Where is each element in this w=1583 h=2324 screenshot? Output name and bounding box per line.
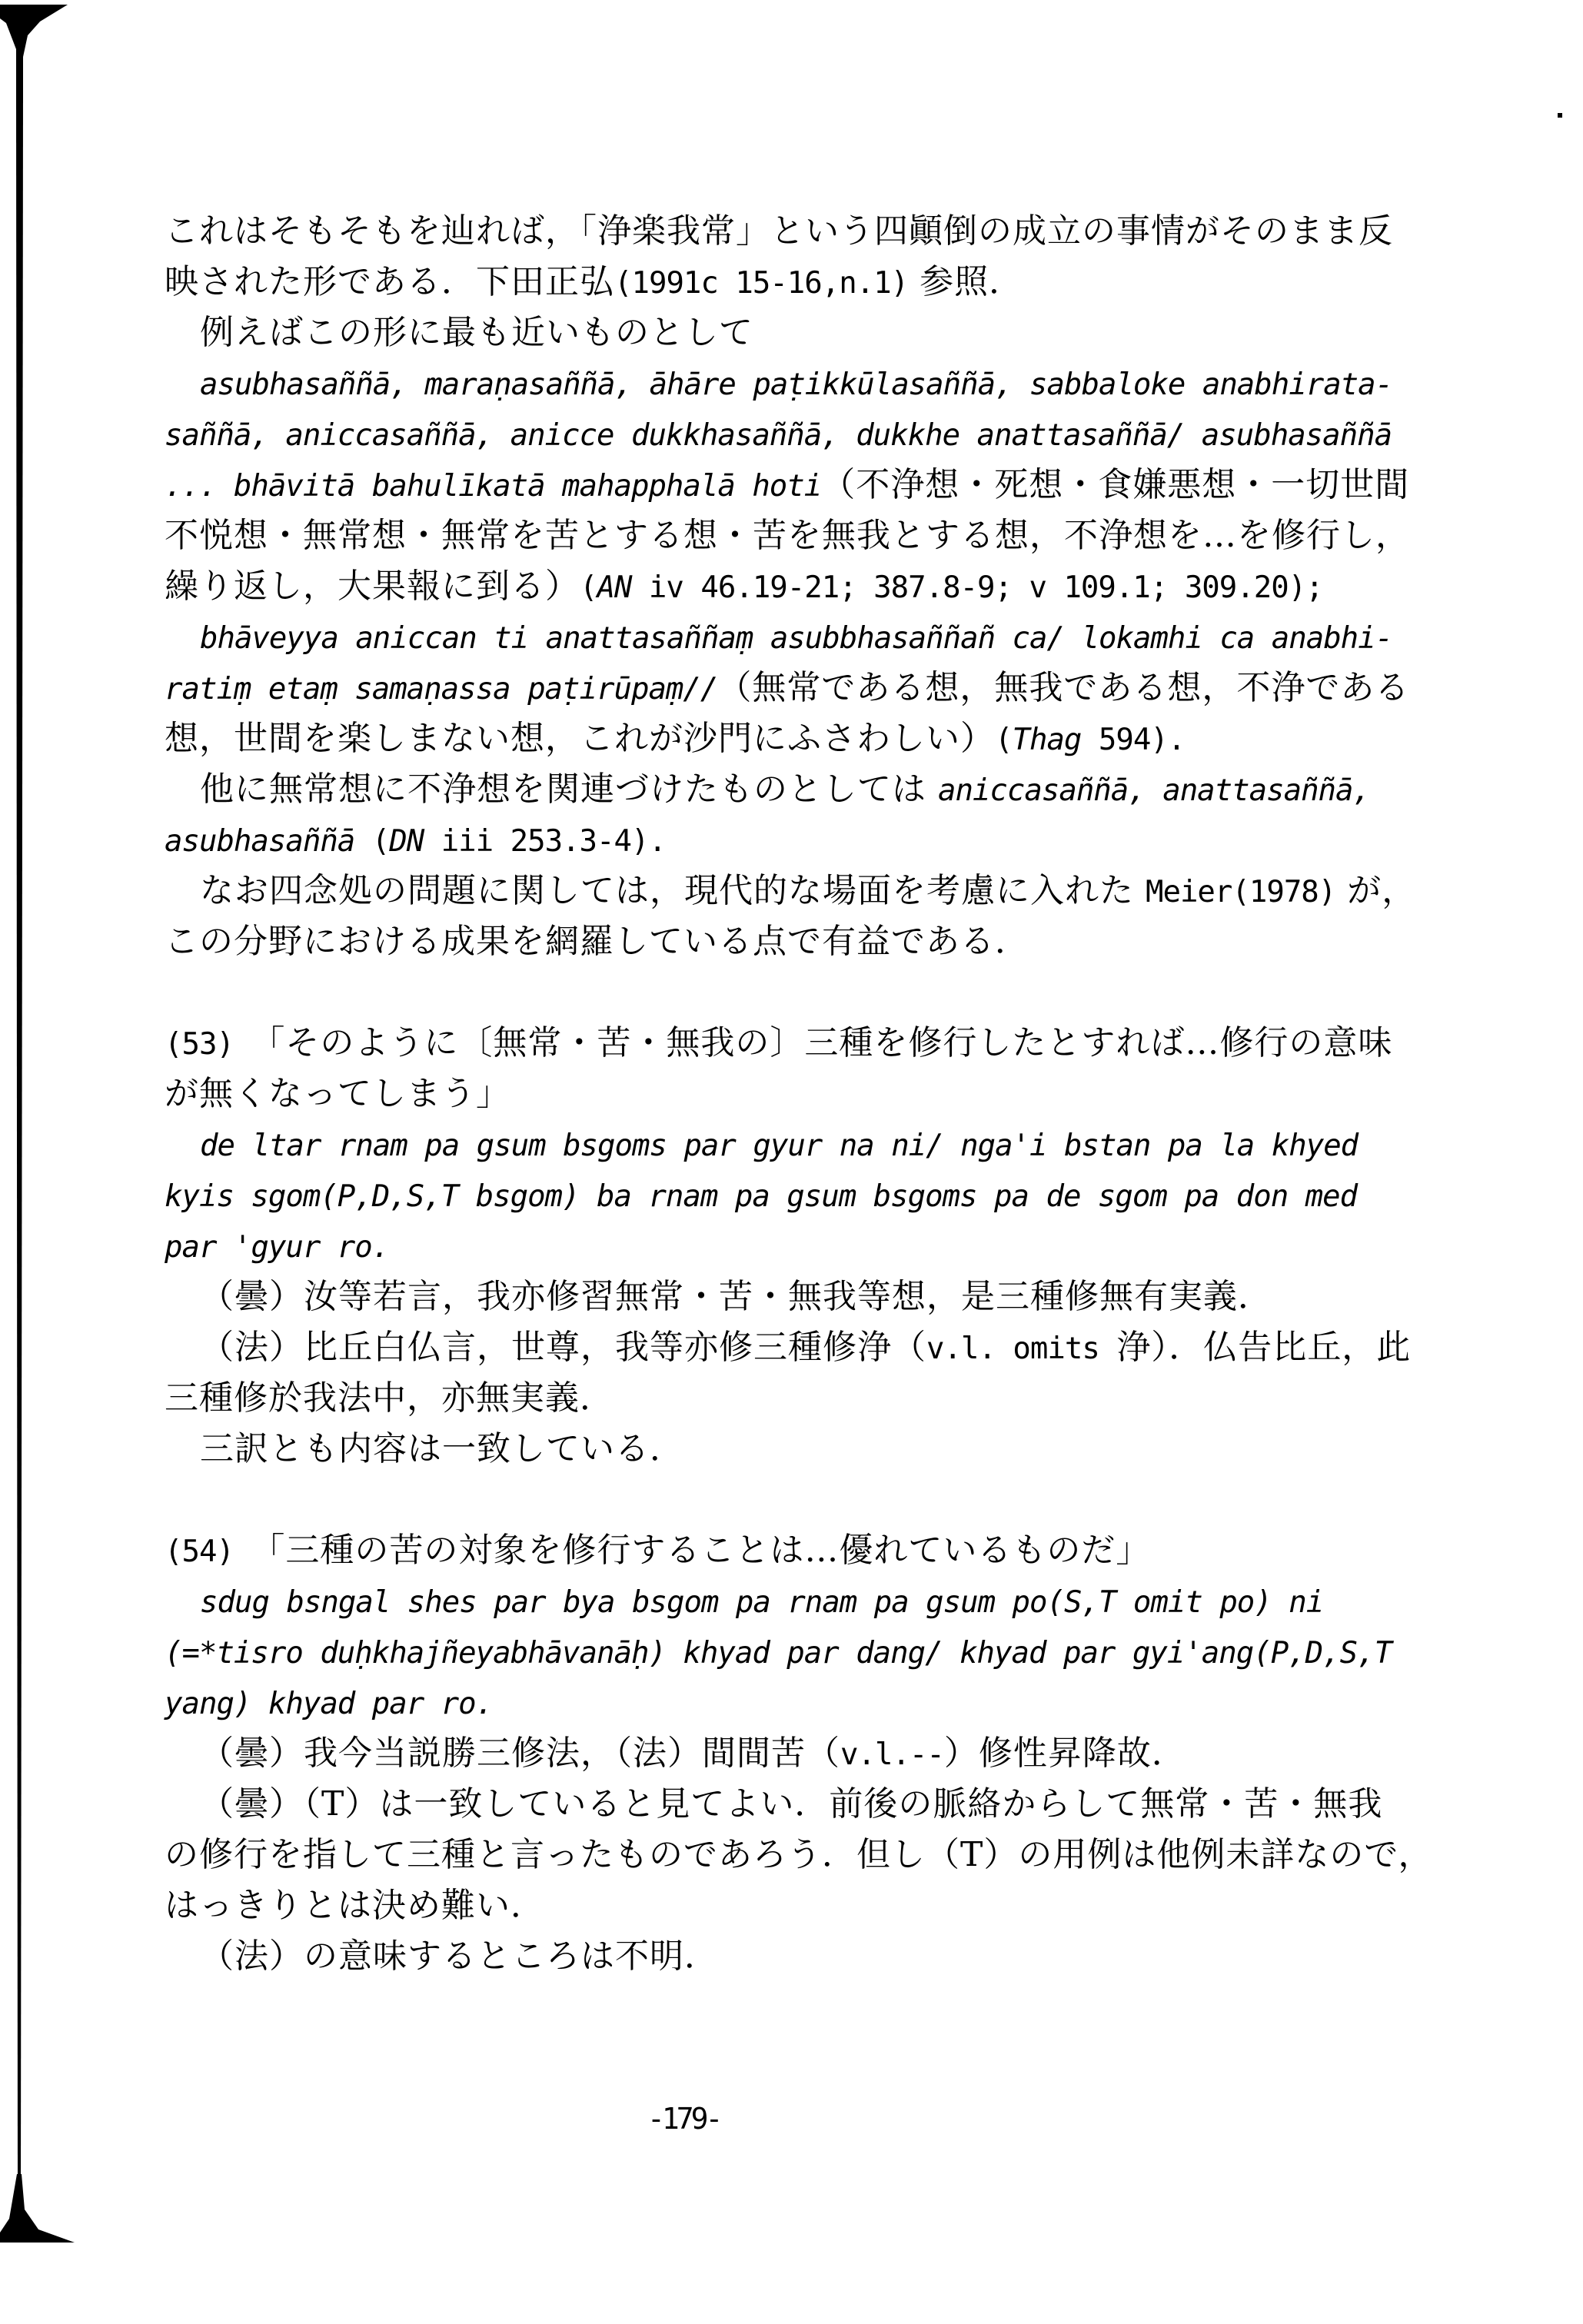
text-run: 想，世間を楽しまない想，これが沙門にふさわしい）	[165, 719, 995, 758]
text-run: ratiṃ etaṃ samaṇassa paṭirūpaṃ//	[165, 672, 717, 707]
text-run: (	[995, 723, 1012, 757]
text-line: kyis sgom(P,D,S,T bsgom) ba rnam pa gsum…	[165, 1170, 1472, 1221]
scan-artifact-left-edge	[0, 0, 92, 2324]
section-item-53: (53) 「そのように〔無常・苦・無我の〕三種を修行したとすれば…修行の意味が無…	[165, 1018, 1472, 1475]
text-run: 不悦想・無常想・無常を苦とする想・苦を無我とする想，不浄想を…を修行し，	[165, 516, 1410, 555]
text-run: (	[580, 570, 597, 605]
text-line: 不悦想・無常想・無常を苦とする想・苦を無我とする想，不浄想を…を修行し，	[165, 510, 1472, 561]
text-run: 繰り返し，大果報に到る）	[165, 567, 580, 606]
text-run: （無常である想，無我である想，不浄である	[717, 668, 1409, 707]
text-run: saññā, aniccasaññā, anicce dukkhasaññā, …	[165, 418, 1392, 453]
text-run: （曇）我今当説勝三修法，（法）間間苦（	[200, 1734, 840, 1773]
text-run: （法）比丘白仏言，世尊，我等亦修三種修浄（	[200, 1328, 926, 1367]
text-run: 「そのように〔無常・苦・無我の〕三種を修行したとすれば…修行の意味	[251, 1023, 1392, 1062]
text-run: v.l. omits	[926, 1332, 1116, 1366]
text-line: なお四念処の問題に関しては，現代的な場面を考慮に入れた Meier(1978) …	[165, 866, 1472, 916]
text-line: この分野における成果を網羅している点で有益である．	[165, 916, 1472, 967]
text-run: iv 46.19-21; 387.8-9; v 109.1; 309.20);	[631, 570, 1322, 605]
text-run: yang) khyad par ro.	[165, 1687, 493, 1721]
text-run: 三訳とも内容は一致している．	[200, 1429, 684, 1468]
text-run: 594).	[1081, 723, 1185, 757]
text-run: aniccasaññā, anattasaññā,	[938, 773, 1370, 808]
text-run: (53)	[165, 1027, 251, 1062]
text-line: sdug bsngal shes par bya bsgom pa rnam p…	[165, 1576, 1472, 1627]
text-run: 参照．	[908, 262, 1023, 301]
text-line: ... bhāvitā bahulīkatā mahapphalā hoti（不…	[165, 460, 1472, 510]
text-line: yang) khyad par ro.	[165, 1677, 1472, 1728]
text-block: これはそもそもを辿れば，「浄楽我常」という四顚倒の成立の事情がそのまま反映された…	[165, 206, 1472, 1982]
text-line: （曇）我今当説勝三修法，（法）間間苦（v.l.--）修性昇降故．	[165, 1728, 1472, 1779]
text-run: DN	[389, 824, 424, 859]
text-run: 映された形である．下田正弘	[165, 262, 614, 301]
text-line: asubhasaññā (DN iii 253.3-4).	[165, 815, 1472, 866]
text-run: が，	[1335, 871, 1416, 910]
text-run: asubhasaññā, maraṇasaññā, āhāre paṭikkūl…	[200, 367, 1392, 402]
text-line: （法）比丘白仏言，世尊，我等亦修三種修浄（v.l. omits 浄）．仏告比丘，…	[165, 1322, 1472, 1373]
text-run: Meier(1978)	[1146, 875, 1335, 909]
text-run: bhāveyya aniccan ti anattasaññaṃ asubbha…	[200, 621, 1392, 656]
text-run: v.l.--	[840, 1737, 944, 1772]
scan-speck	[1558, 113, 1562, 118]
scanned-page: これはそもそもを辿れば，「浄楽我常」という四顚倒の成立の事情がそのまま反映された…	[0, 0, 1583, 2324]
text-line: 繰り返し，大果報に到る）(AN iv 46.19-21; 387.8-9; v …	[165, 561, 1472, 612]
text-line: 三種修於我法中，亦無実義．	[165, 1373, 1472, 1424]
text-line: 三訳とも内容は一致している．	[165, 1424, 1472, 1475]
text-line: の修行を指して三種と言ったものであろう．但し（T）の用例は他例未詳なので，	[165, 1830, 1472, 1880]
text-run: 三種修於我法中，亦無実義．	[165, 1378, 614, 1418]
text-run: (=*tisro duḥkhajñeyabhāvanāḥ) khyad par …	[165, 1636, 1392, 1671]
text-line: (53) 「そのように〔無常・苦・無我の〕三種を修行したとすれば…修行の意味	[165, 1018, 1472, 1069]
text-run: （曇）汝等若言，我亦修習無常・苦・無我等想，是三種修無有実義．	[200, 1277, 1272, 1316]
text-line: はっきりとは決め難い．	[165, 1880, 1472, 1931]
text-run: 浄）．仏告比丘，此	[1116, 1328, 1411, 1367]
text-run: これはそもそもを辿れば，「浄楽我常」という四顚倒の成立の事情がそのまま反	[165, 211, 1393, 251]
text-run: de ltar rnam pa gsum bsgoms par gyur na …	[200, 1129, 1358, 1163]
text-run: （曇）（T）は一致していると見てよい．前後の脈絡からして無常・苦・無我	[200, 1784, 1382, 1824]
text-run: （法）の意味するところは不明．	[200, 1937, 719, 1976]
text-line: saññā, aniccasaññā, anicce dukkhasaññā, …	[165, 409, 1472, 460]
text-run: ... bhāvitā bahulīkatā mahapphalā hoti	[165, 469, 821, 504]
text-line: 想，世間を楽しまない想，これが沙門にふさわしい）(Thag 594).	[165, 713, 1472, 764]
text-run: (54)	[165, 1534, 251, 1569]
text-line: ratiṃ etaṃ samaṇassa paṭirūpaṃ//（無常である想，…	[165, 663, 1472, 713]
text-run: kyis sgom(P,D,S,T bsgom) ba rnam pa gsum…	[165, 1179, 1357, 1214]
text-run: iii 253.3-4).	[424, 824, 666, 859]
text-run: なお四念処の問題に関しては，現代的な場面を考慮に入れた	[200, 871, 1146, 910]
text-run: が無くなってしまう」	[165, 1074, 510, 1113]
text-run: はっきりとは決め難い．	[165, 1886, 545, 1925]
text-run: 他に無常想に不浄想を関連づけたものとしては	[200, 770, 938, 809]
text-line: が無くなってしまう」	[165, 1069, 1472, 1119]
text-line: これはそもそもを辿れば，「浄楽我常」という四顚倒の成立の事情がそのまま反	[165, 206, 1472, 257]
text-line: （法）の意味するところは不明．	[165, 1931, 1472, 1982]
text-line: asubhasaññā, maraṇasaññā, āhāre paṭikkūl…	[165, 358, 1472, 409]
text-line: (54) 「三種の苦の対象を修行することは…優れているものだ」	[165, 1525, 1472, 1576]
text-run: 「三種の苦の対象を修行することは…優れているものだ」	[251, 1531, 1150, 1570]
text-line: 他に無常想に不浄想を関連づけたものとしては aniccasaññā, anatt…	[165, 764, 1472, 815]
text-line: 映された形である．下田正弘(1991c 15-16,n.1) 参照．	[165, 257, 1472, 308]
text-line: （曇）汝等若言，我亦修習無常・苦・無我等想，是三種修無有実義．	[165, 1272, 1472, 1322]
text-run: Thag	[1012, 723, 1081, 757]
text-run: 例えばこの形に最も近いものとして	[200, 313, 753, 352]
text-run: asubhasaññā	[165, 824, 372, 859]
text-run: (1991c 15-16,n.1)	[614, 266, 908, 301]
text-line: par 'gyur ro.	[165, 1221, 1472, 1272]
text-run: の修行を指して三種と言ったものであろう．但し（T）の用例は他例未詳なので，	[165, 1835, 1432, 1874]
text-run: sdug bsngal shes par bya bsgom pa rnam p…	[200, 1585, 1323, 1620]
text-line: (=*tisro duḥkhajñeyabhāvanāḥ) khyad par …	[165, 1627, 1472, 1677]
text-run: （不浄想・死想・食嫌悪想・一切世間	[821, 465, 1409, 504]
text-line: 例えばこの形に最も近いものとして	[165, 308, 1472, 358]
text-run: この分野における成果を網羅している点で有益である．	[165, 922, 1029, 961]
text-line: bhāveyya aniccan ti anattasaññaṃ asubbha…	[165, 612, 1472, 663]
section-intro: これはそもそもを辿れば，「浄楽我常」という四顚倒の成立の事情がそのまま反映された…	[165, 206, 1472, 967]
text-run: par 'gyur ro.	[165, 1230, 389, 1265]
text-line: （曇）（T）は一致していると見てよい．前後の脈絡からして無常・苦・無我	[165, 1779, 1472, 1830]
section-item-54: (54) 「三種の苦の対象を修行することは…優れているものだ」sdug bsng…	[165, 1525, 1472, 1982]
page-number: -179-	[647, 2102, 720, 2136]
text-run: ）修性昇降故．	[944, 1734, 1186, 1773]
text-line: de ltar rnam pa gsum bsgoms par gyur na …	[165, 1119, 1472, 1170]
text-run: AN	[597, 570, 631, 605]
text-run: (	[372, 824, 389, 859]
